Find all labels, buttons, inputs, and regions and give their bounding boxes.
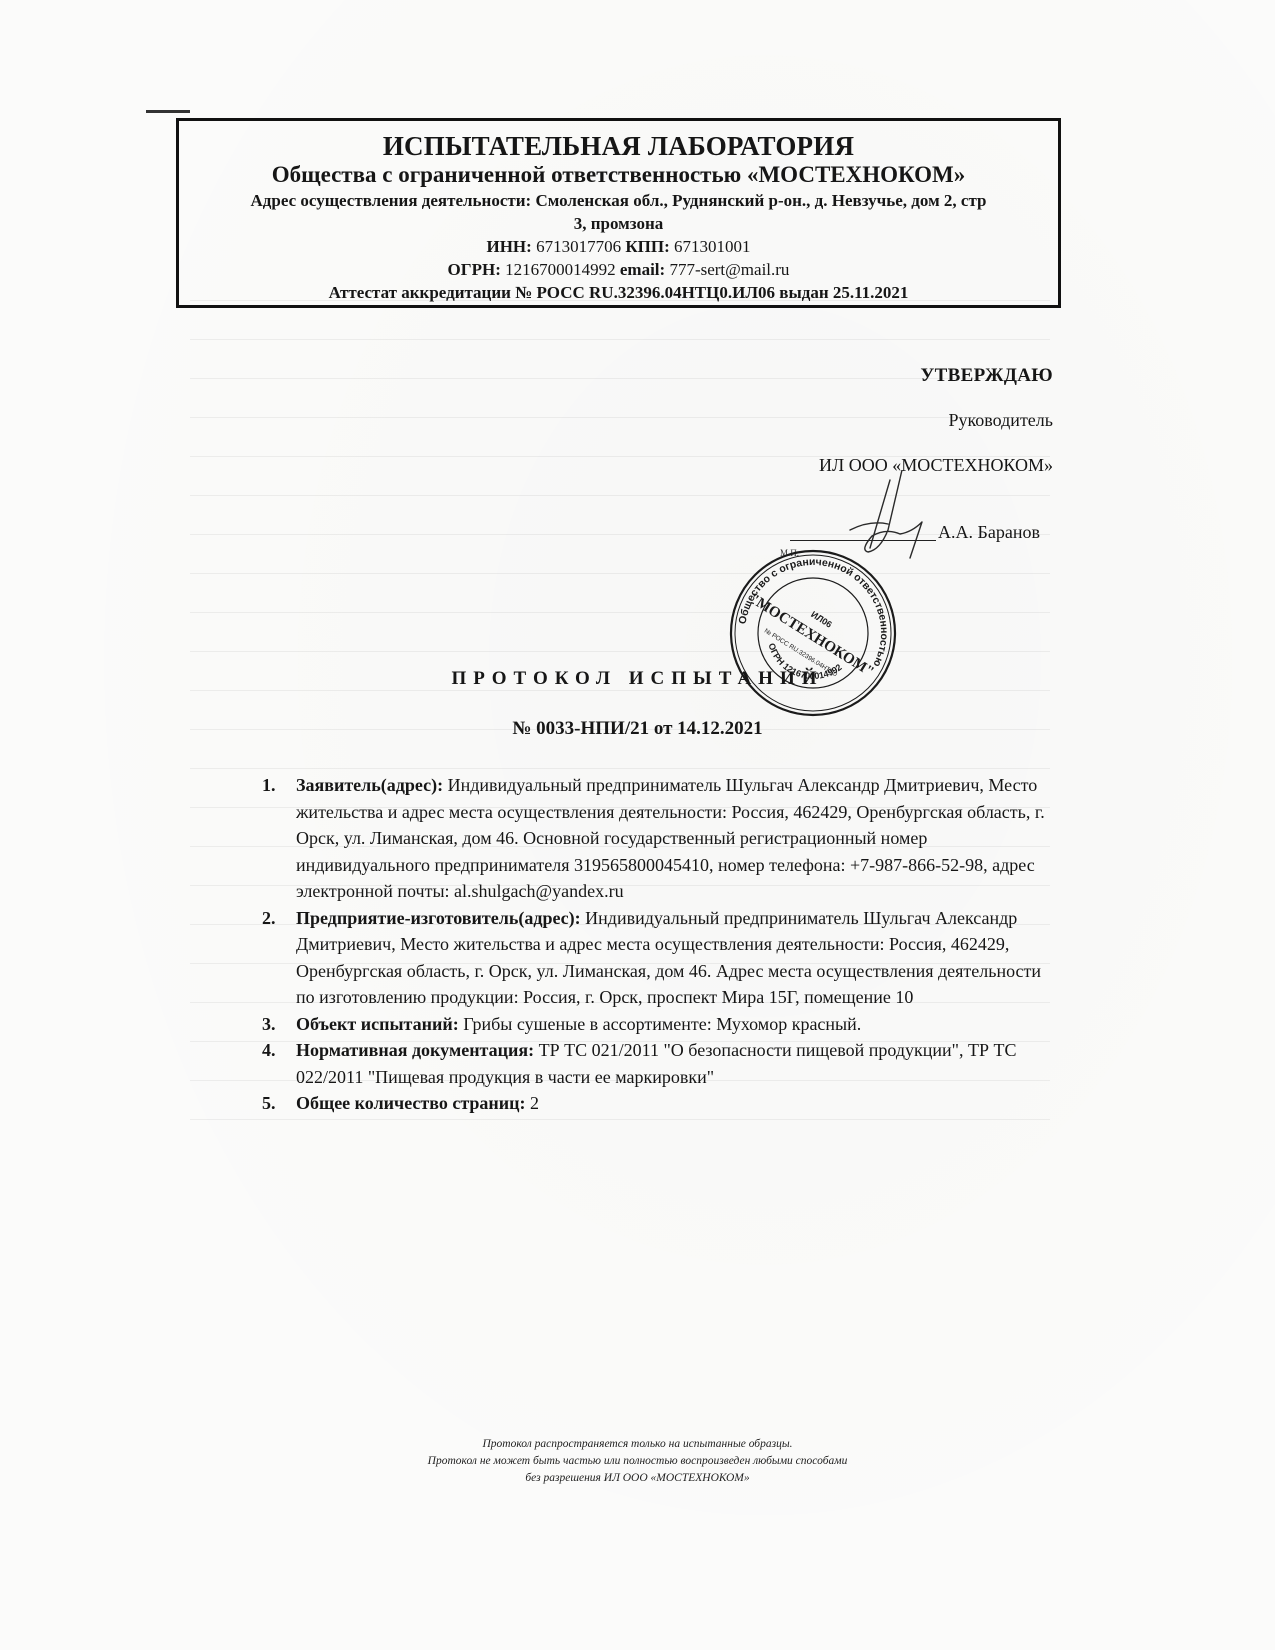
item-label: Заявитель(адрес): — [296, 775, 443, 795]
item-number: 5. — [262, 1090, 276, 1117]
list-item-regulations: 4.Нормативная документация: ТР ТС 021/20… — [262, 1037, 1062, 1090]
item-label: Предприятие-изготовитель(адрес): — [296, 908, 581, 928]
protocol-number: № 0033-НПИ/21 от 14.12.2021 — [0, 718, 1275, 740]
approver-name: А.А. Баранов — [938, 522, 1040, 543]
lab-title: ИСПЫТАТЕЛЬНАЯ ЛАБОРАТОРИЯ — [179, 131, 1058, 161]
lab-address-line2: 3, промзона — [179, 212, 1058, 235]
item-text: 2 — [526, 1093, 540, 1113]
svg-text:"МОСТЕХНОКОМ": "МОСТЕХНОКОМ" — [746, 591, 877, 681]
lab-subtitle: Общества с ограниченной ответственностью… — [179, 161, 1058, 189]
inn-label: ИНН: — [486, 237, 531, 256]
lab-inn-kpp: ИНН: 6713017706 КПП: 671301001 — [179, 235, 1058, 258]
email-value: 777-sert@mail.ru — [669, 260, 789, 279]
kpp-label: КПП: — [625, 237, 669, 256]
list-item-page-count: 5.Общее количество страниц: 2 — [262, 1090, 1062, 1117]
protocol-title: ПРОТОКОЛ ИСПЫТАНИЙ — [0, 668, 1275, 690]
stamp-seal-icon: Общество с ограниченной ответственностью… — [728, 548, 898, 718]
item-text: Грибы сушеные в ассортименте: Мухомор кр… — [459, 1014, 862, 1034]
item-number: 2. — [262, 905, 276, 932]
item-number: 4. — [262, 1037, 276, 1064]
approval-role: Руководитель — [948, 410, 1053, 431]
list-item-manufacturer: 2.Предприятие-изготовитель(адрес): Индив… — [262, 905, 1062, 1011]
signature-line — [790, 540, 936, 541]
ogrn-value: 1216700014992 — [505, 260, 616, 279]
list-item-applicant: 1.Заявитель(адрес): Индивидуальный предп… — [262, 772, 1062, 905]
corner-mark — [146, 110, 190, 113]
item-label: Объект испытаний: — [296, 1014, 459, 1034]
item-number: 1. — [262, 772, 276, 799]
approval-title: УТВЕРЖДАЮ — [920, 365, 1053, 387]
footer-disclaimer: Протокол распространяется только на испы… — [0, 1436, 1275, 1487]
lab-ogrn-email: ОГРН: 1216700014992 email: 777-sert@mail… — [179, 258, 1058, 281]
protocol-items-list: 1.Заявитель(адрес): Индивидуальный предп… — [262, 772, 1062, 1117]
document-page: ИСПЫТАТЕЛЬНАЯ ЛАБОРАТОРИЯ Общества с огр… — [0, 0, 1275, 1650]
item-label: Нормативная документация: — [296, 1040, 534, 1060]
signature-icon — [830, 470, 950, 560]
list-item-test-object: 3.Объект испытаний: Грибы сушеные в ассо… — [262, 1011, 1062, 1038]
inn-value: 6713017706 — [536, 237, 621, 256]
footer-line2: Протокол не может быть частью или полнос… — [0, 1453, 1275, 1470]
lab-accreditation: Аттестат аккредитации № РОСС RU.32396.04… — [179, 281, 1058, 304]
footer-line1: Протокол распространяется только на испы… — [0, 1436, 1275, 1453]
footer-line3: без разрешения ИЛ ООО «МОСТЕХНОКОМ» — [0, 1470, 1275, 1487]
lab-header-box: ИСПЫТАТЕЛЬНАЯ ЛАБОРАТОРИЯ Общества с огр… — [176, 118, 1061, 308]
kpp-value: 671301001 — [674, 237, 751, 256]
item-label: Общее количество страниц: — [296, 1093, 526, 1113]
ogrn-label: ОГРН: — [448, 260, 501, 279]
lab-address-line1: Адрес осуществления деятельности: Смолен… — [179, 189, 1058, 212]
item-number: 3. — [262, 1011, 276, 1038]
email-label: email: — [620, 260, 665, 279]
